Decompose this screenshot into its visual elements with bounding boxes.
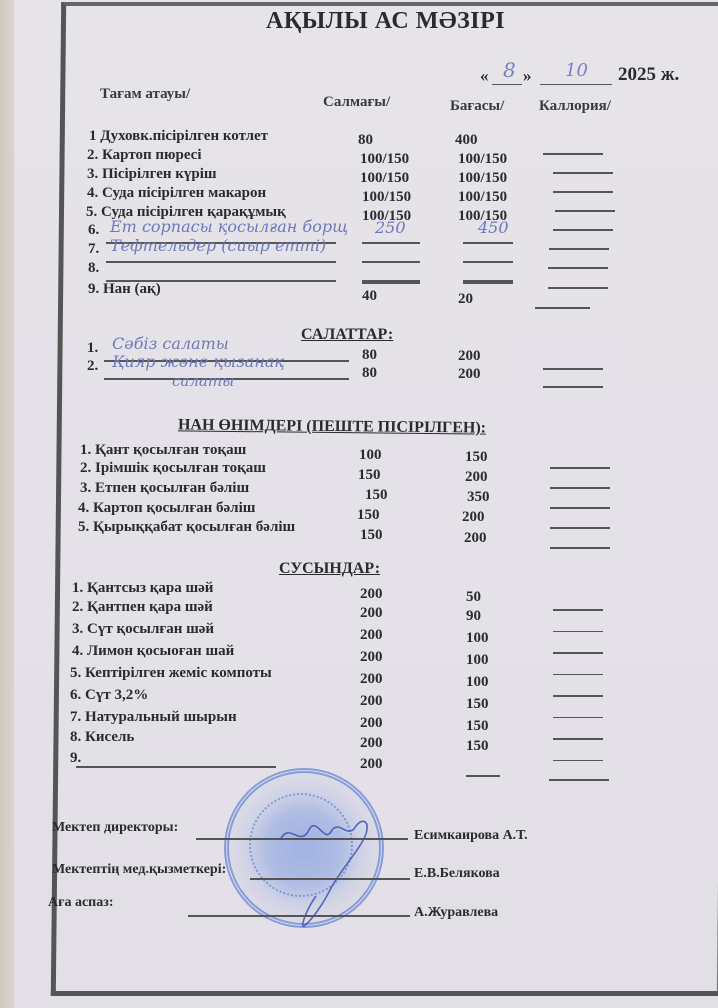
- dish-name-handwritten: Тефтельдер (сиыр етті): [110, 236, 326, 255]
- dish-weight: 40: [362, 288, 377, 305]
- calories-field[interactable]: [535, 307, 590, 309]
- dish-weight: 80: [358, 132, 373, 149]
- calories-field[interactable]: [553, 191, 613, 193]
- drinks-heading: СУСЫНДАР:: [279, 560, 380, 578]
- drink-label: 8. Кисель: [70, 729, 134, 746]
- date-year: 2025 ж.: [618, 64, 679, 86]
- dish-price: 100/150: [458, 170, 507, 187]
- drink-price: 150: [466, 696, 489, 713]
- drink-weight: 200: [360, 693, 383, 710]
- signature-field[interactable]: [188, 915, 410, 917]
- date-day: 8: [503, 58, 516, 82]
- calories-field[interactable]: [553, 717, 603, 719]
- column-header-name: Тағам атауы/: [100, 86, 190, 103]
- dish-label: 2. Картоп пюресі: [87, 147, 202, 164]
- dish-label: 8.: [88, 260, 99, 277]
- drink-weight: 200: [360, 605, 383, 622]
- price-field[interactable]: [463, 242, 513, 244]
- calories-field[interactable]: [549, 248, 609, 250]
- dish-price: 450: [478, 218, 509, 237]
- drink-price: 150: [466, 738, 489, 755]
- dish-label: 3. Пісірілген күріш: [87, 166, 217, 183]
- drink-weight: 200: [360, 671, 383, 688]
- drink-price: 100: [466, 630, 489, 647]
- weight-field[interactable]: [362, 261, 420, 263]
- calories-field[interactable]: [549, 779, 609, 781]
- salad-name-handwritten: Қияр және қызанақ: [112, 352, 284, 371]
- dish-name-field[interactable]: [106, 261, 336, 263]
- bakery-weight: 100: [359, 447, 382, 464]
- dish-price: 20: [458, 291, 473, 308]
- price-field[interactable]: [463, 282, 513, 284]
- drink-label: 7. Натуральный шырын: [70, 709, 237, 726]
- calories-field[interactable]: [553, 738, 603, 740]
- salad-name-handwritten: Сәбіз салаты: [112, 334, 229, 353]
- drink-price: 150: [466, 718, 489, 735]
- dish-label: 9. Нан (ақ): [88, 281, 161, 298]
- calories-field[interactable]: [550, 487, 610, 489]
- dish-price: 400: [455, 132, 478, 149]
- bakery-price: 350: [467, 489, 490, 506]
- signature-scribble: [270, 810, 380, 930]
- signature-name: Есимкаирова А.Т.: [414, 828, 528, 844]
- dish-price: 100/150: [458, 189, 507, 206]
- bakery-label: 2. Ірімшік қосылған тоқаш: [80, 460, 266, 477]
- salads-heading: САЛАТТАР:: [301, 326, 393, 344]
- signature-name: Е.В.Белякова: [414, 866, 500, 882]
- calories-field[interactable]: [553, 760, 603, 762]
- dish-label: 6.: [88, 222, 99, 239]
- bakery-label: 3. Етпен қосылған бәліш: [80, 480, 249, 497]
- salad-label: 2.: [87, 358, 98, 375]
- calories-field[interactable]: [543, 153, 603, 155]
- signature-field[interactable]: [250, 878, 410, 880]
- salad-weight: 80: [362, 347, 377, 364]
- bakery-price: 200: [464, 530, 487, 547]
- price-field[interactable]: [466, 775, 500, 777]
- calories-field[interactable]: [543, 368, 603, 370]
- drink-label: 9.: [70, 750, 81, 767]
- calories-field[interactable]: [553, 674, 603, 676]
- dish-price: 100/150: [458, 151, 507, 168]
- bakery-weight: 150: [360, 527, 383, 544]
- dish-label: 1 Духовк.пісірілген котлет: [89, 128, 268, 145]
- calories-field[interactable]: [548, 287, 608, 289]
- dish-weight: 100/150: [360, 170, 409, 187]
- dish-weight: 100/150: [360, 151, 409, 168]
- drink-price: 90: [466, 608, 481, 625]
- bakery-price: 150: [465, 449, 488, 466]
- drink-weight: 200: [360, 735, 383, 752]
- signature-role: Мектептің мед.қызметкері:: [52, 862, 226, 878]
- bakery-weight: 150: [358, 467, 381, 484]
- salad-price: 200: [458, 366, 481, 383]
- bakery-weight: 150: [357, 507, 380, 524]
- salad-name-handwritten-cont: салаты: [172, 372, 234, 390]
- calories-field[interactable]: [553, 609, 603, 611]
- dish-label: 4. Суда пісірілген макарон: [87, 185, 266, 202]
- bakery-weight: 150: [365, 487, 388, 504]
- drink-label: 4. Лимон қосыоған шай: [72, 643, 234, 660]
- signature-name: А.Журавлева: [414, 905, 498, 921]
- calories-field[interactable]: [550, 467, 610, 469]
- date-close-quote: »: [523, 66, 532, 86]
- date-open-quote: «: [480, 66, 489, 86]
- dish-weight: 250: [375, 218, 406, 237]
- calories-field[interactable]: [550, 507, 610, 509]
- calories-field[interactable]: [553, 652, 603, 654]
- calories-field[interactable]: [550, 527, 610, 529]
- salad-price: 200: [458, 348, 481, 365]
- signature-field[interactable]: [196, 838, 408, 840]
- drink-price: 100: [466, 652, 489, 669]
- signature-role: Аға аспаз:: [48, 895, 114, 911]
- bakery-label: 1. Қант қосылған тоқаш: [80, 442, 246, 459]
- calories-field[interactable]: [543, 386, 603, 388]
- drink-name-field[interactable]: [76, 766, 276, 768]
- calories-field[interactable]: [553, 631, 603, 633]
- salad-weight: 80: [362, 365, 377, 382]
- drink-label: 2. Қантпен қара шәй: [72, 599, 213, 616]
- dish-weight: 100/150: [362, 189, 411, 206]
- price-field[interactable]: [463, 261, 513, 263]
- drink-weight: 200: [360, 649, 383, 666]
- calories-field[interactable]: [548, 267, 608, 269]
- drink-weight: 200: [360, 586, 383, 603]
- drink-weight: 200: [360, 715, 383, 732]
- dish-label: 7.: [88, 241, 99, 258]
- drink-price: 100: [466, 674, 489, 691]
- bakery-label: 5. Қырыққабат қосылған бәліш: [78, 519, 295, 536]
- drink-weight: 200: [360, 756, 383, 773]
- calories-field[interactable]: [553, 695, 603, 697]
- dish-name-handwritten: Ет сорпасы қосылған борщ: [110, 217, 348, 236]
- calories-field[interactable]: [553, 229, 613, 231]
- calories-field[interactable]: [553, 172, 613, 174]
- calories-field[interactable]: [550, 547, 610, 549]
- calories-field[interactable]: [555, 210, 615, 212]
- drink-price: 50: [466, 589, 481, 606]
- column-header-calories: Каллория/: [539, 98, 611, 115]
- bakery-price: 200: [465, 469, 488, 486]
- weight-field[interactable]: [362, 282, 420, 284]
- bakery-price: 200: [462, 509, 485, 526]
- column-header-price: Бағасы/: [450, 98, 504, 115]
- drink-weight: 200: [360, 627, 383, 644]
- drink-label: 1. Қантсыз қара шәй: [72, 580, 213, 597]
- weight-field[interactable]: [362, 242, 420, 244]
- bakery-heading: НАН ӨНІМДЕРІ (ПЕШТЕ ПІСІРІЛГЕН):: [178, 416, 486, 437]
- date-month: 10: [565, 60, 588, 81]
- bakery-label: 4. Картоп қосылған бәліш: [78, 500, 255, 517]
- column-header-weight: Салмағы/: [323, 94, 390, 111]
- signature-role: Мектеп директоры:: [52, 820, 178, 836]
- drink-label: 6. Сүт 3,2%: [70, 687, 148, 704]
- page-title: АҚЫЛЫ АС МӘЗІРІ: [266, 8, 505, 35]
- drink-label: 5. Кептірілген жеміс компоты: [70, 665, 272, 682]
- drink-label: 3. Сүт қосылған шәй: [72, 621, 214, 638]
- salad-label: 1.: [87, 340, 98, 357]
